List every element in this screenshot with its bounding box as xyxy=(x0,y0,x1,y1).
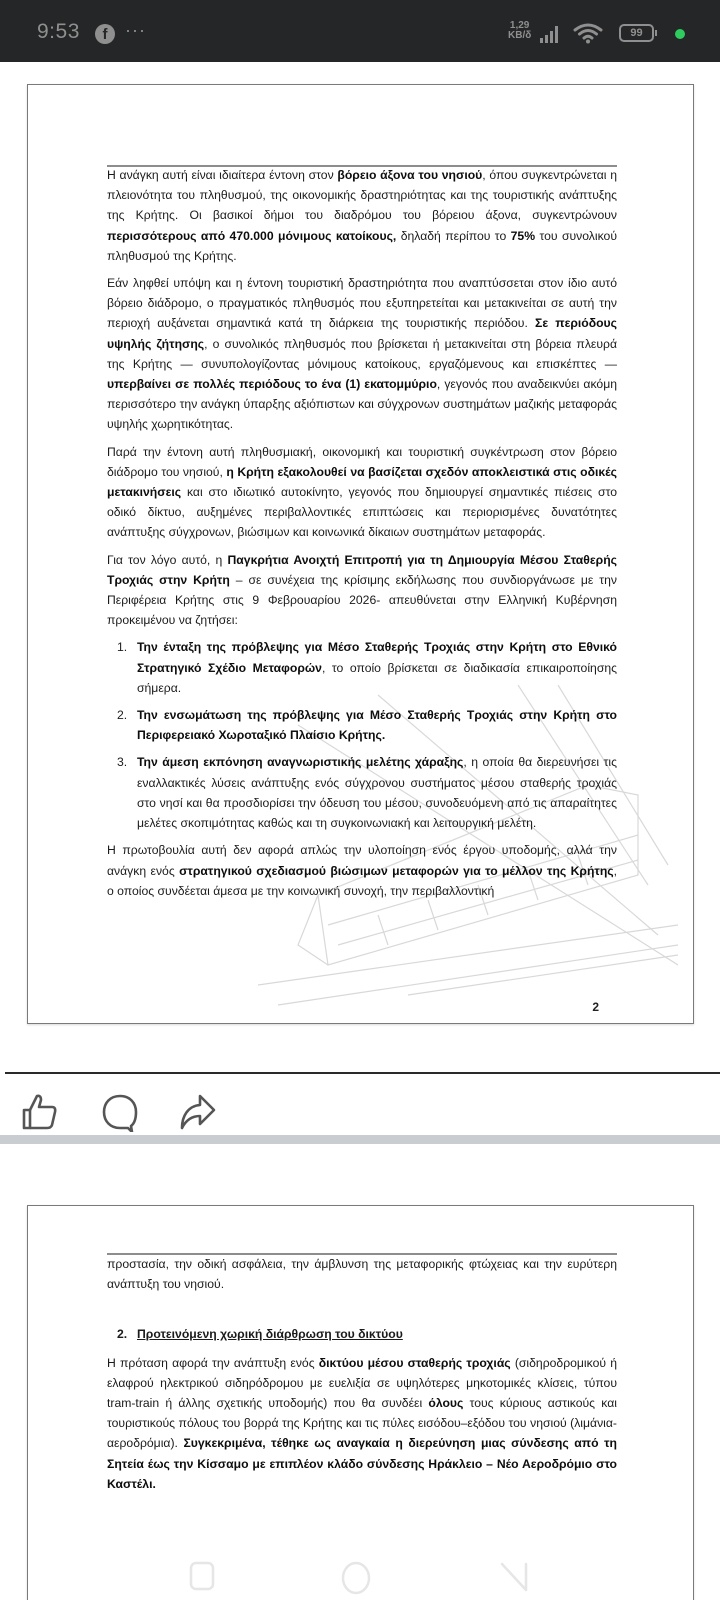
section-title: Προτεινόμενη χωρική διάρθρωση του δικτύο… xyxy=(137,1327,403,1341)
list-item-text: Την ενσωμάτωση της πρόβλεψης για Μέσο Στ… xyxy=(137,708,617,742)
list-number: 2. xyxy=(117,705,127,725)
recents-icon[interactable] xyxy=(188,1560,216,1592)
list-number: 3. xyxy=(117,752,127,772)
list-item: 3.Την άμεση εκπόνηση αναγνωριστικής μελέ… xyxy=(107,752,617,833)
battery-level: 99 xyxy=(630,27,642,39)
system-nav-bar xyxy=(0,1520,720,1600)
status-bar: 9:53 f ··· 1,29 KB/δ 99 xyxy=(0,0,720,62)
share-arrow-icon[interactable] xyxy=(178,1092,218,1132)
paragraph: Η ανάγκη αυτή είναι ιδιαίτερα έντονη στο… xyxy=(107,165,617,266)
privacy-indicator-dot xyxy=(675,29,685,39)
battery-icon: 99 xyxy=(619,24,654,42)
feed-separator xyxy=(0,1135,720,1144)
paragraph: Η πρόταση αφορά την ανάπτυξη ενός δικτύο… xyxy=(107,1353,617,1494)
post-action-bar xyxy=(0,1074,720,1134)
paragraph: Η πρωτοβουλία αυτή δεν αφορά απλώς την υ… xyxy=(107,840,617,901)
section-number: 2. xyxy=(117,1324,127,1344)
paragraph: προστασία, την οδική ασφάλεια, την άμβλυ… xyxy=(107,1254,617,1294)
list-number: 1. xyxy=(117,637,127,657)
paragraph: Για τον λόγο αυτό, η Παγκρήτια Ανοιχτή Ε… xyxy=(107,550,617,631)
home-icon[interactable] xyxy=(340,1560,372,1596)
paragraph: Παρά την έντονη αυτή πληθυσμιακή, οικονο… xyxy=(107,442,617,543)
network-speed: 1,29 KB/δ xyxy=(508,21,531,41)
facebook-icon: f xyxy=(95,24,115,44)
cellular-signal-icon xyxy=(540,25,562,43)
request-list: 1.Την ένταξη της πρόβλεψης για Μέσο Σταθ… xyxy=(107,637,617,833)
page-2-body: προστασία, την οδική ασφάλεια, την άμβλυ… xyxy=(107,1254,617,1501)
comment-bubble-icon[interactable] xyxy=(100,1092,140,1132)
thumbs-up-icon[interactable] xyxy=(20,1092,60,1132)
clock: 9:53 xyxy=(37,20,80,44)
list-item: 1.Την ένταξη της πρόβλεψης για Μέσο Σταθ… xyxy=(107,637,617,698)
network-speed-unit: KB/δ xyxy=(508,31,531,41)
page-number: 2 xyxy=(592,1000,599,1014)
page-1-body: Η ανάγκη αυτή είναι ιδιαίτερα έντονη στο… xyxy=(107,165,617,908)
back-icon[interactable] xyxy=(500,1560,530,1594)
list-item: 2.Την ενσωμάτωση της πρόβλεψης για Μέσο … xyxy=(107,705,617,745)
more-dots-icon: ··· xyxy=(125,20,146,41)
section-heading: 2. Προτεινόμενη χωρική διάρθρωση του δικ… xyxy=(107,1324,617,1344)
wifi-icon xyxy=(573,22,603,44)
paragraph: Εάν ληφθεί υπόψη και η έντονη τουριστική… xyxy=(107,273,617,435)
list-item-text: Την ένταξη της πρόβλεψης για Μέσο Σταθερ… xyxy=(137,640,617,694)
list-item-text: Την άμεση εκπόνηση αναγνωριστικής μελέτη… xyxy=(137,755,617,830)
document-page-1[interactable]: Η ανάγκη αυτή είναι ιδιαίτερα έντονη στο… xyxy=(27,84,694,1024)
